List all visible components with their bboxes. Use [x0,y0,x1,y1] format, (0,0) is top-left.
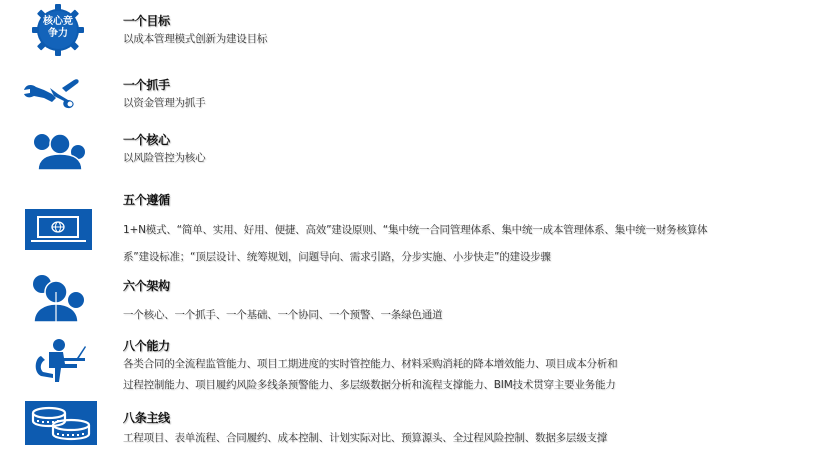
item-title: 八个能力 [123,337,170,354]
item-title: 八条主线 [123,409,170,426]
item-desc: 以资金管理为抓手 [123,95,205,110]
item-desc-line2: 系”建设标准；“顶层设计、统筹规划，问题导向、需求引路，分步实施、小步快走”的建… [123,249,551,264]
item-title: 一个核心 [123,131,170,148]
item-desc-line2: 过程控制能力、项目履约风险多线条预警能力、多层级数据分析和流程支撑能力、BIM技… [123,377,616,392]
gear-badge-icon: 核心竞 争力 [22,2,94,58]
item-desc-line1: 1+N模式、“简单、实用、好用、便捷、高效”建设原则、“集中统一合同管理体系、集… [123,222,707,237]
item-title: 一个目标 [123,12,170,29]
item-desc: 以风险管控为核心 [123,150,205,165]
person-gears-icon [30,128,90,170]
badge-text-line2: 争力 [22,28,94,40]
item-desc: 工程项目、表单流程、合同履约、成本控制、计划实际对比、预算源头、全过程风险控制、… [123,430,607,445]
badge-text-line1: 核心竞 [22,16,94,28]
item-desc-line1: 各类合同的全流程监管能力、项目工期进度的实时管控能力、材料采购消耗的降本增效能力… [123,356,617,371]
item-title: 一个抓手 [123,76,170,93]
laptop-globe-icon [25,209,92,250]
item-title: 五个遵循 [123,191,170,208]
item-title: 六个架构 [123,277,170,294]
item-desc: 一个核心、一个抓手、一个基础、一个协同、一个预警、一条绿色通道 [123,307,442,322]
people-gears-icon [32,272,88,322]
wrench-screwdriver-icon [22,76,84,110]
coins-icon [25,401,97,445]
person-laptop-icon [33,338,89,388]
item-desc: 以成本管理模式创新为建设目标 [123,31,267,46]
